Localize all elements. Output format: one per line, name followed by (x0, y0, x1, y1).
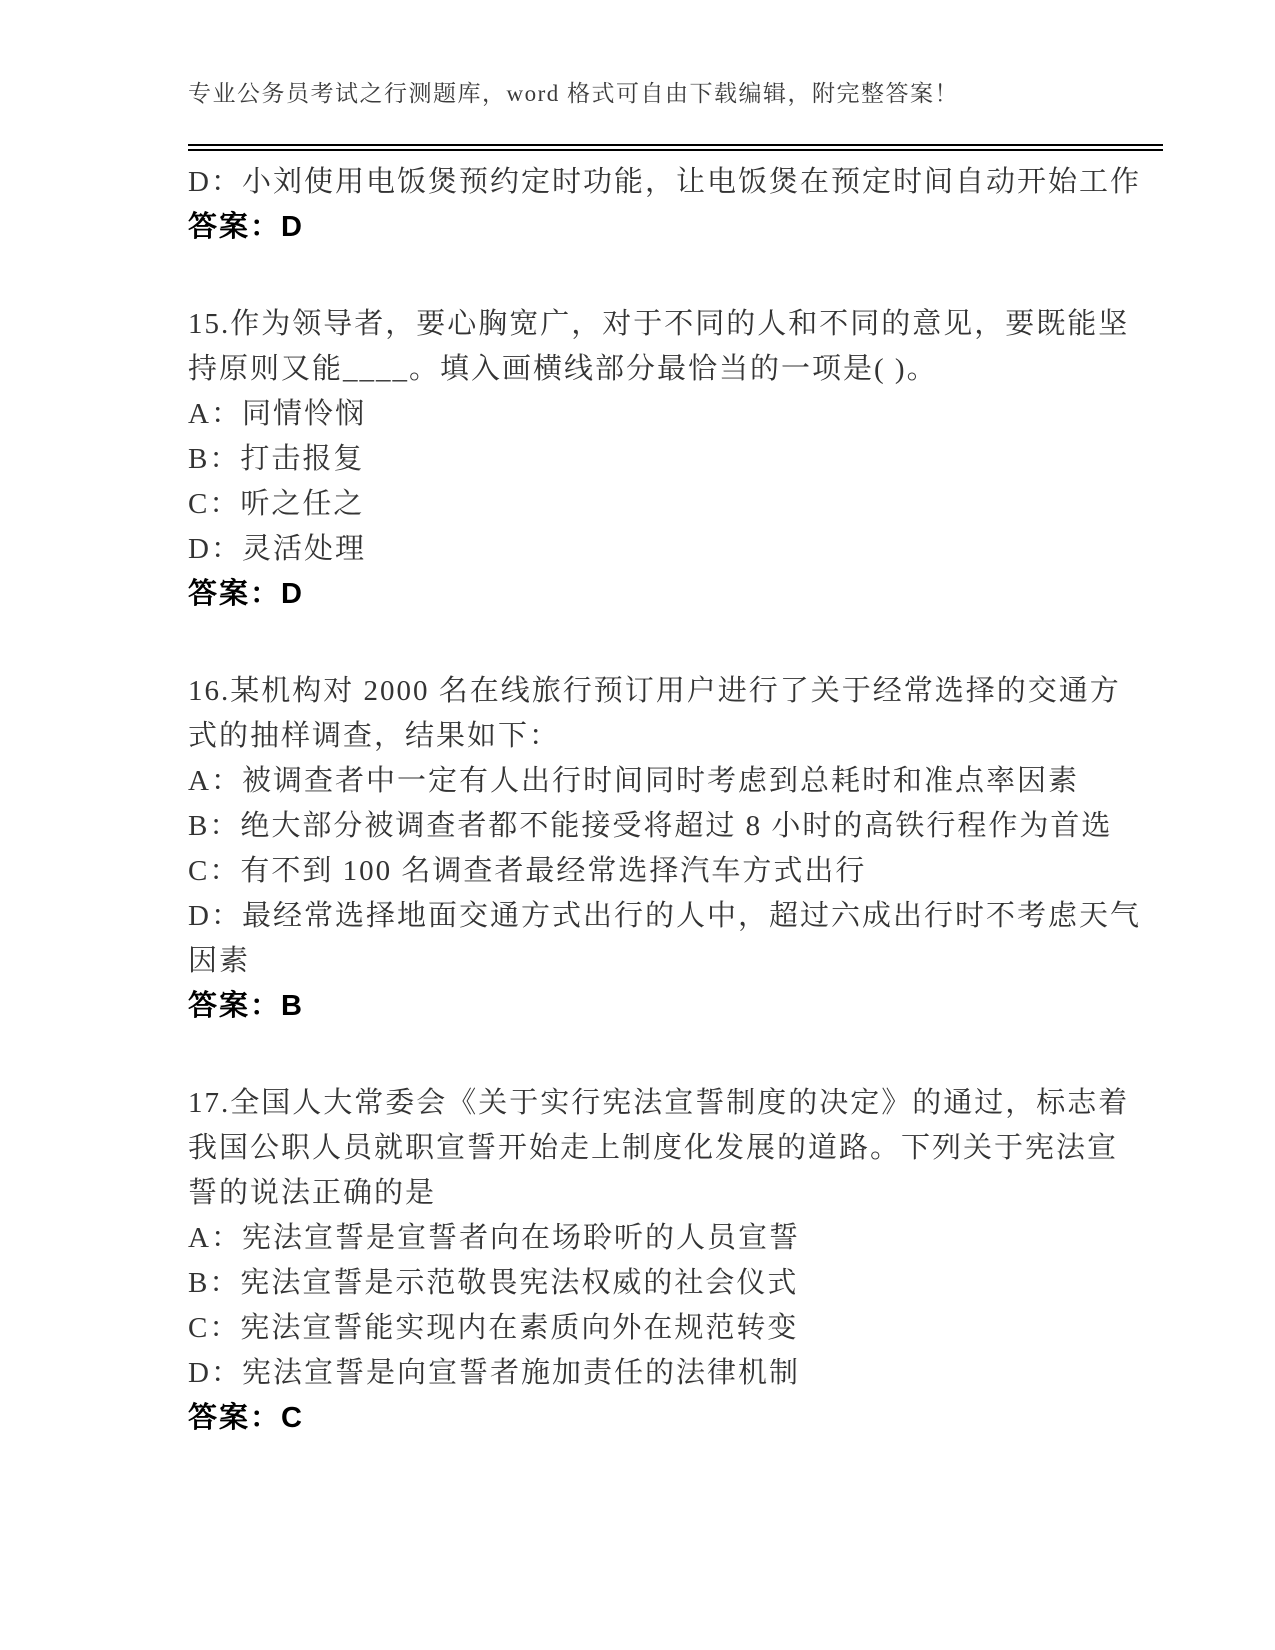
stem-line: 我国公职人员就职宣誓开始走上制度化发展的道路。下列关于宪法宣 (188, 1126, 1163, 1171)
document-page: 专业公务员考试之行测题库，word 格式可自由下载编辑，附完整答案！ D：小刘使… (0, 0, 1275, 1650)
question-block-17: 17.全国人大常委会《关于实行宪法宣誓制度的决定》的通过，标志着 我国公职人员就… (188, 1081, 1163, 1441)
answer-value: B (281, 990, 304, 1022)
answer-value: D (281, 578, 304, 610)
answer-value: D (281, 211, 304, 243)
option-line: C：宪法宣誓能实现内在素质向外在规范转变 (188, 1306, 1163, 1351)
stem-line: 15.作为领导者，要心胸宽广，对于不同的人和不同的意见，要既能坚 (188, 302, 1163, 347)
stem-line: 16.某机构对 2000 名在线旅行预订用户进行了关于经常选择的交通方 (188, 669, 1163, 714)
answer-label: 答案： (188, 211, 281, 243)
option-line: A：同情怜悯 (188, 392, 1163, 437)
question-block-14: D：小刘使用电饭煲预约定时功能，让电饭煲在预定时间自动开始工作 答案：D (188, 160, 1163, 250)
option-line: B：绝大部分被调查者都不能接受将超过 8 小时的高铁行程作为首选 (188, 804, 1163, 849)
answer-label: 答案： (188, 1402, 281, 1434)
answer-line: 答案：D (188, 205, 1163, 250)
option-line-wrap: 因素 (188, 939, 1163, 984)
answer-value: C (281, 1402, 304, 1434)
option-line: B：打击报复 (188, 437, 1163, 482)
option-line: C：听之任之 (188, 482, 1163, 527)
answer-line: 答案：D (188, 572, 1163, 617)
stem-line: 誓的说法正确的是 (188, 1171, 1163, 1216)
answer-line: 答案：C (188, 1396, 1163, 1441)
document-header-text: 专业公务员考试之行测题库，word 格式可自由下载编辑，附完整答案！ (188, 80, 1163, 108)
stem-line: 17.全国人大常委会《关于实行宪法宣誓制度的决定》的通过，标志着 (188, 1081, 1163, 1126)
option-line: D：灵活处理 (188, 527, 1163, 572)
answer-label: 答案： (188, 578, 281, 610)
stem-line: 式的抽样调查，结果如下： (188, 714, 1163, 759)
option-line: D：最经常选择地面交通方式出行的人中，超过六成出行时不考虑天气 (188, 894, 1163, 939)
option-line: C：有不到 100 名调查者最经常选择汽车方式出行 (188, 849, 1163, 894)
answer-line: 答案：B (188, 984, 1163, 1029)
option-line: D：小刘使用电饭煲预约定时功能，让电饭煲在预定时间自动开始工作 (188, 160, 1163, 205)
question-block-15: 15.作为领导者，要心胸宽广，对于不同的人和不同的意见，要既能坚 持原则又能__… (188, 302, 1163, 617)
header-double-rule (188, 144, 1163, 151)
stem-line: 持原则又能____。填入画横线部分最恰当的一项是( )。 (188, 347, 1163, 392)
document-body: D：小刘使用电饭煲预约定时功能，让电饭煲在预定时间自动开始工作 答案：D 15.… (188, 160, 1163, 1441)
question-block-16: 16.某机构对 2000 名在线旅行预订用户进行了关于经常选择的交通方 式的抽样… (188, 669, 1163, 1029)
option-line: B：宪法宣誓是示范敬畏宪法权威的社会仪式 (188, 1261, 1163, 1306)
option-line: D：宪法宣誓是向宣誓者施加责任的法律机制 (188, 1351, 1163, 1396)
option-line: A：被调查者中一定有人出行时间同时考虑到总耗时和准点率因素 (188, 759, 1163, 804)
answer-label: 答案： (188, 990, 281, 1022)
option-line: A：宪法宣誓是宣誓者向在场聆听的人员宣誓 (188, 1216, 1163, 1261)
